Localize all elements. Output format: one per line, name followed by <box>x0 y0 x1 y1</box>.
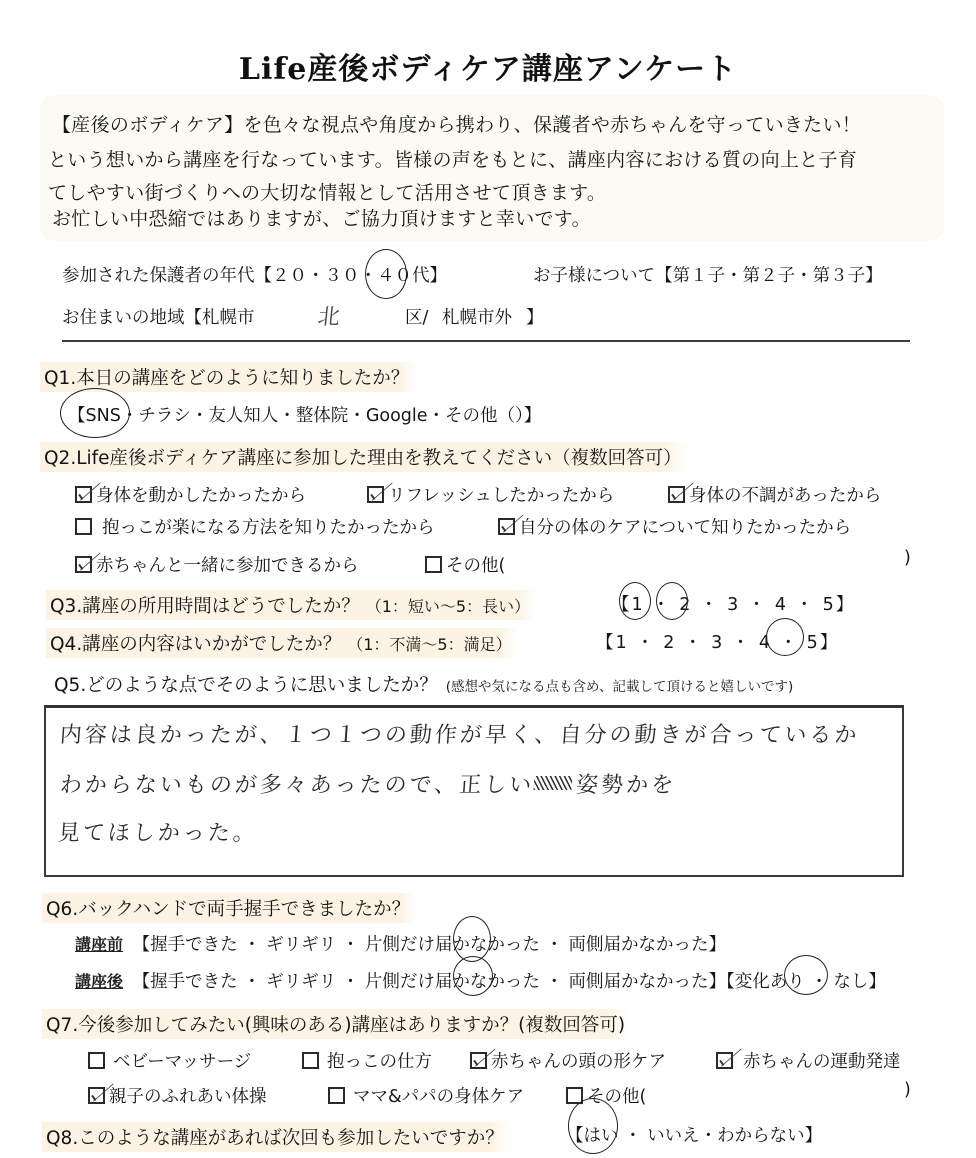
q4-option-1[interactable]: 1 <box>616 633 629 653</box>
q2-other-close: ) <box>904 548 911 568</box>
checkbox-icon[interactable] <box>302 1052 319 1069</box>
q6-after-option-2[interactable]: ギリギリ <box>266 972 336 992</box>
q2-option-other[interactable]: その他( <box>425 552 505 577</box>
intro-line: てしやすい街づくりへの大切な情報として活用させて頂きます。 <box>48 178 606 205</box>
checkbox-checked-icon[interactable] <box>668 486 685 503</box>
age-option-30[interactable]: ３０ <box>325 266 360 286</box>
q3-option-2[interactable]: 2 <box>679 595 692 615</box>
checkbox-icon[interactable] <box>566 1087 583 1104</box>
q5-heading: Q5.どのような点でそのように思いましたか？(感想や気になる点も含め、記載して頂… <box>50 669 799 699</box>
checkbox-icon[interactable] <box>425 556 442 573</box>
before-label: 講座前 <box>75 935 123 954</box>
checkbox-checked-icon[interactable] <box>470 1052 487 1069</box>
q7-option[interactable]: ベビーマッサージ <box>88 1048 251 1073</box>
q1-option-friend[interactable]: 友人知人 <box>208 406 278 426</box>
q6-after-option-3[interactable]: 片側だけ届かなかった <box>365 972 540 992</box>
child-option-1[interactable]: 第１子 <box>673 266 726 286</box>
q3-heading: Q3.講座の所用時間はどうでしたか？（1：短い〜5：長い） <box>46 590 536 620</box>
q2-option[interactable]: リフレッシュしたかったから <box>367 482 614 507</box>
after-label: 講座後 <box>75 972 123 991</box>
q2-option[interactable]: 自分の体のケアについて知りたかったから <box>498 514 851 539</box>
age-label: 参加された保護者の年代 <box>62 266 255 286</box>
q7-option[interactable]: ママ&パパの身体ケア <box>328 1083 524 1108</box>
q3-option-4[interactable]: 4 <box>775 595 788 615</box>
q3-scale: 【1 ・ 2 ・ 3 ・ 4 ・ 5】 <box>612 591 855 616</box>
q7-option[interactable]: 親子のふれあい体操 <box>88 1083 267 1108</box>
area-label: お住まいの地域 <box>62 308 185 328</box>
q2-option[interactable]: 身体を動かしたかったから <box>75 482 306 507</box>
q2-option[interactable]: 赤ちゃんと一緒に参加できるから <box>75 552 359 577</box>
q8-options: 【はい ・ いいえ・わからない】 <box>566 1122 822 1147</box>
q2-option[interactable]: 抱っこが楽になる方法を知りたかったから <box>75 514 435 539</box>
area-field: お住まいの地域【札幌市 <box>62 304 255 329</box>
checkbox-checked-icon[interactable] <box>716 1052 733 1069</box>
checkbox-checked-icon[interactable] <box>498 518 515 535</box>
q7-option-other[interactable]: その他( <box>566 1083 646 1108</box>
age-group-field: 参加された保護者の年代【２０・３０・４０代】 <box>62 262 447 287</box>
q6-change-no[interactable]: なし <box>833 972 868 992</box>
checkbox-checked-icon[interactable] <box>75 486 92 503</box>
intro-line: お忙しい中恐縮ではありますが、ご協力頂けますと幸いです。 <box>52 204 591 231</box>
q7-option[interactable]: 赤ちゃんの頭の形ケア <box>470 1048 666 1073</box>
q4-option-4[interactable]: 4 <box>759 633 772 653</box>
q1-option-sns[interactable]: SNS <box>86 406 121 426</box>
q8-option-yes[interactable]: はい <box>584 1126 619 1146</box>
q6-before-option-4[interactable]: 両側届かなかった <box>569 935 709 955</box>
checkbox-icon[interactable] <box>75 518 92 535</box>
q3-option-1[interactable]: 1 <box>632 595 645 615</box>
q1-option-flyer[interactable]: チラシ <box>138 406 191 426</box>
q1-option-clinic[interactable]: 整体院 <box>296 406 349 426</box>
q3-option-5[interactable]: 5 <box>823 595 836 615</box>
q6-heading: Q6.バックハンドで両手握手できましたか？ <box>42 893 416 923</box>
q5-answer-line: 見てほしかった。 <box>57 816 259 847</box>
survey-title: Life産後ボディケア講座アンケート <box>0 44 976 88</box>
scribble-mark <box>534 776 573 790</box>
checkbox-icon[interactable] <box>328 1087 345 1104</box>
q6-before-row: 講座前 【握手できた ・ ギリギリ ・ 片側だけ届かなかった ・ 両側届かなかっ… <box>75 931 726 956</box>
q3-option-3[interactable]: 3 <box>727 595 740 615</box>
q2-heading: Q2.Life産後ボディケア講座に参加した理由を教えてください（複数回答可） <box>40 442 688 472</box>
q6-change-yes[interactable]: 変化あり <box>735 972 805 992</box>
area-city: 札幌市 <box>202 308 255 328</box>
q4-heading: Q4.講座の内容はいかがでしたか？（1：不満〜5：満足） <box>46 628 518 658</box>
q7-option[interactable]: 抱っこの仕方 <box>302 1048 432 1073</box>
q6-before-option-2[interactable]: ギリギリ <box>266 935 336 955</box>
q6-after-option-1[interactable]: 握手できた <box>150 972 238 992</box>
age-option-40[interactable]: ４０代 <box>377 266 430 286</box>
q8-heading: Q8.このような講座があれば次回も参加したいですか？ <box>42 1122 510 1152</box>
q6-before-option-1[interactable]: 握手できた <box>150 935 238 955</box>
checkbox-checked-icon[interactable] <box>367 486 384 503</box>
q6-after-row: 講座後 【握手できた ・ ギリギリ ・ 片側だけ届かなかった ・ 両側届かなかっ… <box>75 968 886 993</box>
q7-option[interactable]: 赤ちゃんの運動発達 <box>716 1048 901 1073</box>
q1-option-google[interactable]: Google <box>366 406 428 426</box>
children-label: お子様について <box>533 266 655 286</box>
q5-answer-line: 内容は良かったが、１つ１つの動作が早く、自分の動きが合っているか <box>59 718 861 749</box>
q1-options: 【SNS・チラシ・友人知人・整体院・Google・その他（）】 <box>68 402 541 427</box>
child-option-3[interactable]: 第３子 <box>813 266 866 286</box>
q2-option[interactable]: 身体の不調があったから <box>668 482 881 507</box>
age-option-20[interactable]: ２０ <box>272 266 307 286</box>
intro-line: という想いから講座を行なっています。皆様の声をもとに、講座内容における質の向上と… <box>48 145 857 172</box>
intro-line: 【産後のボディケア】を色々な視点や角度から携わり、保護者や赤ちゃんを守っていきた… <box>52 110 861 137</box>
q4-option-2[interactable]: 2 <box>663 633 676 653</box>
q4-option-5[interactable]: 5 <box>807 633 820 653</box>
checkbox-checked-icon[interactable] <box>88 1087 105 1104</box>
q4-option-3[interactable]: 3 <box>711 633 724 653</box>
checkbox-icon[interactable] <box>88 1052 105 1069</box>
children-field: お子様について【第１子・第２子・第３子】 <box>533 262 883 287</box>
area-outside-option[interactable]: 札幌市外 <box>442 308 512 328</box>
q1-option-other[interactable]: その他（） <box>445 406 524 426</box>
q7-heading: Q7.今後参加してみたい(興味のある)講座はありますか？(複数回答可) <box>42 1009 631 1039</box>
checkbox-checked-icon[interactable] <box>75 556 92 573</box>
q1-heading: Q1.本日の講座をどのように知りましたか？ <box>40 362 415 392</box>
q4-scale: 【1 ・ 2 ・ 3 ・ 4 ・ 5】 <box>596 629 839 654</box>
q7-other-close: ) <box>904 1080 911 1100</box>
q8-option-unsure[interactable]: わからない <box>717 1126 805 1146</box>
q6-after-option-4[interactable]: 両側届かなかった <box>569 972 709 992</box>
q5-answer-line: わからないものが多々あったので、正しい姿勢かを <box>59 768 678 799</box>
child-option-2[interactable]: 第２子 <box>743 266 796 286</box>
ward-handwritten-input[interactable]: 北 <box>316 300 343 331</box>
area-ward-suffix: 区/ 札幌市外】 <box>405 304 543 329</box>
q6-before-option-3[interactable]: 片側だけ届かなかった <box>365 935 540 955</box>
section-divider <box>62 340 910 342</box>
q8-option-no[interactable]: いいえ <box>647 1126 700 1146</box>
